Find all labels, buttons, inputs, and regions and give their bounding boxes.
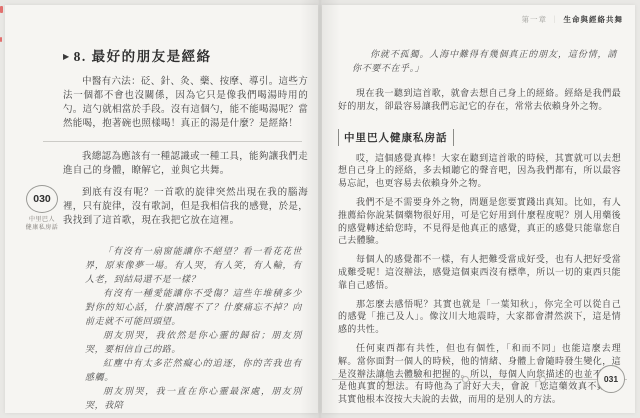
lyric-stanza: 有沒有一種愛能讓你不受傷？這些年堆積多少對你的知心話，什麼酒醒不了？什麼痛忘不掉… <box>85 286 302 328</box>
running-head-separator: ｜ <box>551 15 560 24</box>
running-head-title: 生命與經絡共舞 <box>564 15 624 24</box>
section-title-text: 8. 最好的朋友是經絡 <box>74 49 212 64</box>
badge-caption-line1: 中里巴人 <box>19 216 65 224</box>
body-paragraph: 中醫有六法：砭、針、灸、藥、按摩、導引。這些方法一個都不會也沒關係，因為它只是像… <box>63 75 308 131</box>
page-number: 030 <box>26 185 58 213</box>
body-paragraph: 我們不是不需要身外之物，問題是您要實踐出真知。比如，有人推薦給你說某個藥物很好用… <box>338 196 621 247</box>
page-number-badge-left: 030 中里巴人 健康私房話 <box>19 185 65 232</box>
book-spread: 030 中里巴人 健康私房話 ▶8. 最好的朋友是經絡 中醫有六法：砭、針、灸、… <box>0 0 640 418</box>
sidebar-box-title-text: 中里巴人健康私房話 <box>338 129 454 146</box>
body-paragraph: 哎，這個感覺真棒！大家在聽到這首歌的時候，其實就可以去想想自己身上的經絡，多去傾… <box>338 152 621 190</box>
lyric-stanza-continued: 你就不孤獨。人海中難得有幾個真正的朋友，這份情，請你不要不在乎。」 <box>352 47 617 75</box>
body-paragraph: 現在我一聽到這首歌，就會去想自己身上的經絡。經絡是我們最好的朋友，卻最容易讓我們… <box>338 87 621 113</box>
section-title: ▶8. 最好的朋友是經絡 <box>63 45 308 65</box>
song-lyrics-block: 「有沒有一扇窗能讓你不絕望？看一看花花世界，原來像夢一場。有人哭，有人笑，有人輸… <box>85 244 302 412</box>
body-paragraph: 任何東西都有共性，但也有個性，「和而不同」也能這麼去理解。當你面對一個人的時候，… <box>338 342 621 406</box>
footer-circle-ornament <box>539 376 546 383</box>
body-paragraph: 到底有沒有呢？一首歌的旋律突然出現在我的腦海裡，只有旋律，沒有歌詞，但是我相信我… <box>63 186 308 228</box>
left-page: 030 中里巴人 健康私房話 ▶8. 最好的朋友是經絡 中醫有六法：砭、針、灸、… <box>5 5 318 413</box>
running-head: 第一章｜生命與經絡共舞 <box>522 14 624 25</box>
body-paragraph: 我總認為應該有一種認識或一種工具，能夠讓我們走進自己的身體，瞭解它，並與它共舞。 <box>63 150 308 178</box>
footer-circle-ornament <box>462 376 469 383</box>
chapter-label: 第一章 <box>522 15 548 24</box>
badge-caption-line2: 健康私房話 <box>19 224 65 232</box>
section-divider <box>43 141 302 142</box>
body-paragraph: 那怎麼去感悟呢？其實也就是「一葉知秋」，你完全可以從自己的感覺「推己及人」。像汶… <box>338 298 621 336</box>
lyric-stanza: 朋友別哭，我一直在你心靈最深處，朋友別哭，我陪 <box>85 384 302 412</box>
right-page: 第一章｜生命與經絡共舞 你就不孤獨。人海中難得有幾個真正的朋友，這份情，請你不要… <box>322 5 635 413</box>
footer-ornament-rule: 031 <box>332 379 627 380</box>
lyric-stanza: 朋友別哭，我依然是你心靈的歸宿；朋友別哭，要相信自己的路。 <box>85 328 302 356</box>
body-paragraph: 每個人的感覺都不一樣，有人把難受當成好受，也有人把好受當成難受呢！這沒辦法，感覺… <box>338 253 621 291</box>
page-number-badge-right: 031 <box>597 365 625 393</box>
page-number: 031 <box>604 374 618 384</box>
lyric-stanza: 紅塵中有太多茫然癡心的追逐，你的苦我也有感觸。 <box>85 356 302 384</box>
sidebar-box-title: 中里巴人健康私房話 <box>338 128 621 146</box>
lyric-stanza: 「有沒有一扇窗能讓你不絕望？看一看花花世界，原來像夢一場。有人哭，有人笑，有人輸… <box>85 244 302 286</box>
scan-artifact <box>0 6 3 13</box>
scan-artifact <box>0 37 2 42</box>
triangle-bullet-icon: ▶ <box>63 51 71 61</box>
